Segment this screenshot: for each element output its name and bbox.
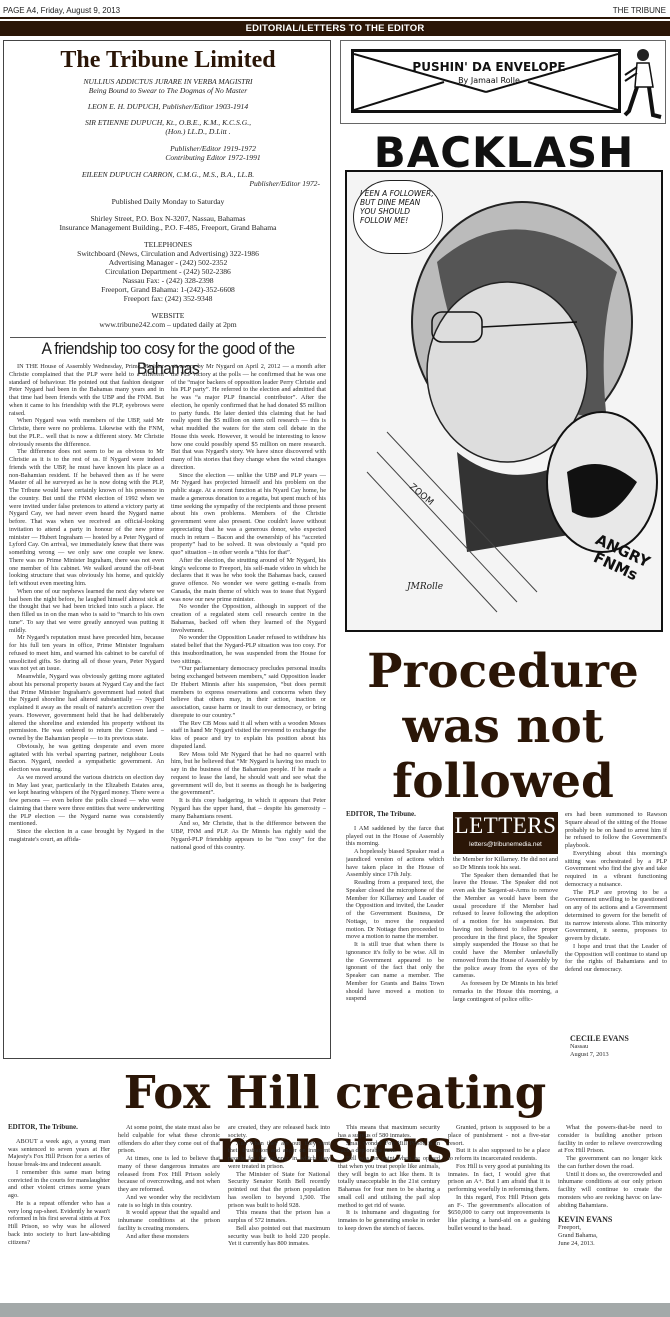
paragraph: Until it does so, the overcrowded and in…: [558, 1171, 662, 1210]
paragraph: Bell was on point when he opined that wh…: [338, 1155, 440, 1209]
paragraph: When Nygard was with members of the UBP,…: [9, 417, 164, 448]
motto-english: Being Bound to Swear to The Dogmas of No…: [4, 86, 332, 95]
paragraph: “Our parliamentary democracy precludes p…: [171, 665, 326, 719]
letter1-column-3: ers had been summoned to Rawson Square a…: [565, 811, 667, 1011]
paragraph: But it is also supposed to be a place to…: [448, 1147, 550, 1163]
paragraph: vit sworn by Mr Nygard on April 2, 2012 …: [171, 363, 326, 472]
paragraph: The government can no longer kick the ca…: [558, 1155, 662, 1171]
paragraph: I remember this same man being convicted…: [8, 1169, 110, 1200]
paragraph: A hopelessly biased Speaker read a jaund…: [346, 848, 444, 879]
paragraph: This means that maximum security has a s…: [338, 1124, 440, 1140]
paragraph: This means that the prison has a surplus…: [228, 1209, 330, 1225]
etienne-line-1: SIR ETIENNE DUPUCH, Kt., O.B.E., K.M., K…: [4, 118, 332, 127]
letter1-column-1: EDITOR, The Tribune. I AM saddened by th…: [346, 811, 444, 1061]
paragraph: Granted, prison is supposed to be a plac…: [448, 1124, 550, 1147]
signature-place: Freeport,: [558, 1224, 662, 1232]
paragraph: It would appear that the squalid and inh…: [118, 1209, 220, 1232]
paragraph: Everything about this morning's sitting …: [565, 850, 667, 889]
signature-name: KEVIN EVANS: [558, 1216, 662, 1224]
paragraph: At times, one is led to believe that man…: [118, 1155, 220, 1194]
paragraph: Bell also pointed out that maximum secur…: [228, 1225, 330, 1248]
masthead-title: The Tribune Limited: [4, 47, 332, 74]
eileen-line: EILEEN DUPUCH CARRON, C.M.G., M.S., B.A.…: [4, 170, 332, 179]
paragraph: The Speaker then demanded that he leave …: [453, 872, 558, 981]
letters-logo-box: LETTERS letters@tribunemedia.net: [453, 812, 558, 854]
letter1-signature: CECILE EVANS Nassau August 7, 2013: [570, 1035, 668, 1058]
paragraph: As foreseen by Dr Minnis in his brief re…: [453, 980, 558, 1003]
phone-line: Freeport, Grand Bahama: 1-(242)-352-6608: [4, 285, 332, 294]
headline-line: followed: [340, 754, 666, 809]
paragraph: Mr Nygard's reputation must have precede…: [9, 634, 164, 673]
address-freeport: Insurance Management Building., P.O. F-4…: [4, 223, 332, 232]
masthead-divider: [10, 337, 326, 338]
letter2-column-4: This means that maximum security has a s…: [338, 1124, 440, 1299]
paragraph: In this regard, Fox Hill Prison gets an …: [448, 1194, 550, 1233]
pushing-man-icon: [623, 45, 665, 121]
letter-salutation: EDITOR, The Tribune.: [346, 811, 444, 819]
website-heading: WEBSITE: [4, 311, 332, 320]
letter2-column-3: are created, they are released back into…: [228, 1124, 330, 1299]
paragraph: Fox Hill is very good at punishing its i…: [448, 1163, 550, 1194]
paragraph: It is inhumane and disgusting for inmate…: [338, 1209, 440, 1232]
paragraph: the Member for Killarney. He did not and…: [453, 856, 558, 872]
phone-line: Nassau Fax: - (242) 328-2398: [4, 276, 332, 285]
phone-line: Switchboard (News, Circulation and Adver…: [4, 249, 332, 258]
letter2-column-2: At some point, the state must also be he…: [118, 1124, 220, 1299]
signature-date: June 24, 2013.: [558, 1240, 662, 1248]
paragraph: Obviously, he was getting desperate and …: [9, 743, 164, 774]
cartoon-series-title: PUSHIN' DA ENVELOPE: [354, 60, 624, 74]
paragraph: When one of our nephews learned the next…: [9, 588, 164, 635]
telephones-heading: TELEPHONES: [4, 240, 332, 249]
publication-name: THE TRIBUNE: [613, 6, 666, 15]
etienne-line-2: (Hon.) LL.D., D.Litt .: [4, 127, 332, 136]
footer-ad-strip: [0, 1303, 670, 1317]
paragraph: No wonder the Opposition Leader refused …: [171, 634, 326, 665]
etienne-role-2: Contributing Editor 1972-1991: [4, 153, 332, 162]
paragraph: It is still true that when there is igno…: [346, 941, 444, 1003]
letters-email[interactable]: letters@tribunemedia.net: [453, 840, 558, 850]
paragraph: I hope and trust that the Leader of the …: [565, 943, 667, 974]
cartoon-series-banner: PUSHIN' DA ENVELOPE By Jamaal Rolle: [340, 40, 666, 124]
headline-line: was not: [340, 699, 666, 754]
editorial-column-1: IN THE House of Assembly Wednesday, Prim…: [9, 363, 164, 1057]
signature-name: CECILE EVANS: [570, 1035, 668, 1043]
paragraph: No wonder the Opposition, although in su…: [171, 603, 326, 634]
letter2-column-6: What the powers-that-be need to consider…: [558, 1124, 662, 1299]
paragraph: And we wonder why the recidivism rate is…: [118, 1194, 220, 1210]
paragraph: IN THE House of Assembly Wednesday, Prim…: [9, 363, 164, 417]
paragraph: The difference does not seem to be as ob…: [9, 448, 164, 588]
phone-line: Advertising Manager - (242) 502-2352: [4, 258, 332, 267]
paragraph: And after these monsters: [118, 1233, 220, 1241]
address-nassau: Shirley Street, P.O. Box N-3207, Nassau,…: [4, 214, 332, 223]
phone-line: Freeport fax: (242) 352-9348: [4, 294, 332, 303]
eileen-role: Publisher/Editor 1972-: [4, 179, 332, 188]
website-link[interactable]: www.tribune242.com – updated daily at 2p…: [4, 320, 332, 329]
signature-place: Grand Bahama,: [558, 1232, 662, 1240]
paragraph: What the powers-that-be need to consider…: [558, 1124, 662, 1155]
paragraph: Small wonder Fox Hill Prison is in such …: [338, 1140, 440, 1156]
paragraph: Meanwhile, Nygard was obviously getting …: [9, 673, 164, 743]
letter1-column-2: the Member for Killarney. He did not and…: [453, 856, 558, 1061]
paragraph: At some point, the state must also be he…: [118, 1124, 220, 1155]
founder-line: LEON E. H. DUPUCH, Publisher/Editor 1903…: [4, 102, 332, 111]
paragraph: Since the election — unlike the UBP and …: [171, 472, 326, 557]
paragraph: And when they are out, they vent their f…: [228, 1140, 330, 1171]
paragraph: ers had been summoned to Rawson Square a…: [565, 811, 667, 850]
letter2-column-5: Granted, prison is supposed to be a plac…: [448, 1124, 550, 1299]
paragraph: Since the election in a case brought by …: [9, 828, 164, 844]
paragraph: As we moved around the various districts…: [9, 774, 164, 828]
signature-date: August 7, 2013: [570, 1051, 668, 1059]
letter-salutation: EDITOR, The Tribune.: [8, 1124, 110, 1132]
speech-bubble: I EEN A FOLLOWER, BUT DINE MEAN YOU SHOU…: [353, 180, 443, 254]
section-bar: EDITORIAL/LETTERS TO THE EDITOR: [0, 21, 670, 36]
signature-place: Nassau: [570, 1043, 668, 1051]
headline-line: Procedure: [340, 644, 666, 699]
paragraph: ABOUT a week ago, a young man was senten…: [8, 1138, 110, 1169]
paragraph: He is a repeat offender who has a very l…: [8, 1200, 110, 1247]
phone-line: Circulation Department - (242) 502-2386: [4, 267, 332, 276]
letter2-column-1: EDITOR, The Tribune. ABOUT a week ago, a…: [8, 1124, 110, 1299]
cartoon-byline: By Jamaal Rolle: [354, 76, 624, 85]
masthead-box: The Tribune Limited NULLIUS ADDICTUS JUR…: [3, 40, 331, 1059]
paragraph: After the election, the strutting around…: [171, 557, 326, 604]
paragraph: are created, they are released back into…: [228, 1124, 330, 1140]
motto-latin: NULLIUS ADDICTUS JURARE IN VERBA MAGISTR…: [4, 77, 332, 86]
paragraph: I AM saddened by the farce that played o…: [346, 825, 444, 848]
paragraph: The Rev CB Moss said it all when with a …: [171, 720, 326, 751]
paragraph: Rev Moss told Mr Nygard that he had no q…: [171, 751, 326, 798]
paragraph: The Minister of State for National Secur…: [228, 1171, 330, 1210]
header-rule: [0, 17, 670, 19]
paragraph: It is this cosy badgering, in which it a…: [171, 797, 326, 820]
page-folio: PAGE A4, Friday, August 9, 2013: [3, 6, 120, 15]
letters-logo: LETTERS: [453, 812, 558, 840]
paragraph: And so, Mr Christie, that is the differe…: [171, 820, 326, 851]
published-line: Published Daily Monday to Saturday: [4, 197, 332, 206]
paragraph: Reading from a prepared text, the Speake…: [346, 879, 444, 941]
letter-headline: Procedure was not followed: [340, 644, 666, 809]
editorial-column-2: vit sworn by Mr Nygard on April 2, 2012 …: [171, 363, 326, 1057]
cartoonist-signature: JMRolle: [407, 582, 443, 592]
paragraph: The PLP are proving to be a Government u…: [565, 889, 667, 943]
etienne-role-1: Publisher/Editor 1919-1972: [4, 144, 332, 153]
editorial-cartoon: I EEN A FOLLOWER, BUT DINE MEAN YOU SHOU…: [345, 170, 663, 632]
envelope-illustration: PUSHIN' DA ENVELOPE By Jamaal Rolle: [351, 49, 621, 113]
